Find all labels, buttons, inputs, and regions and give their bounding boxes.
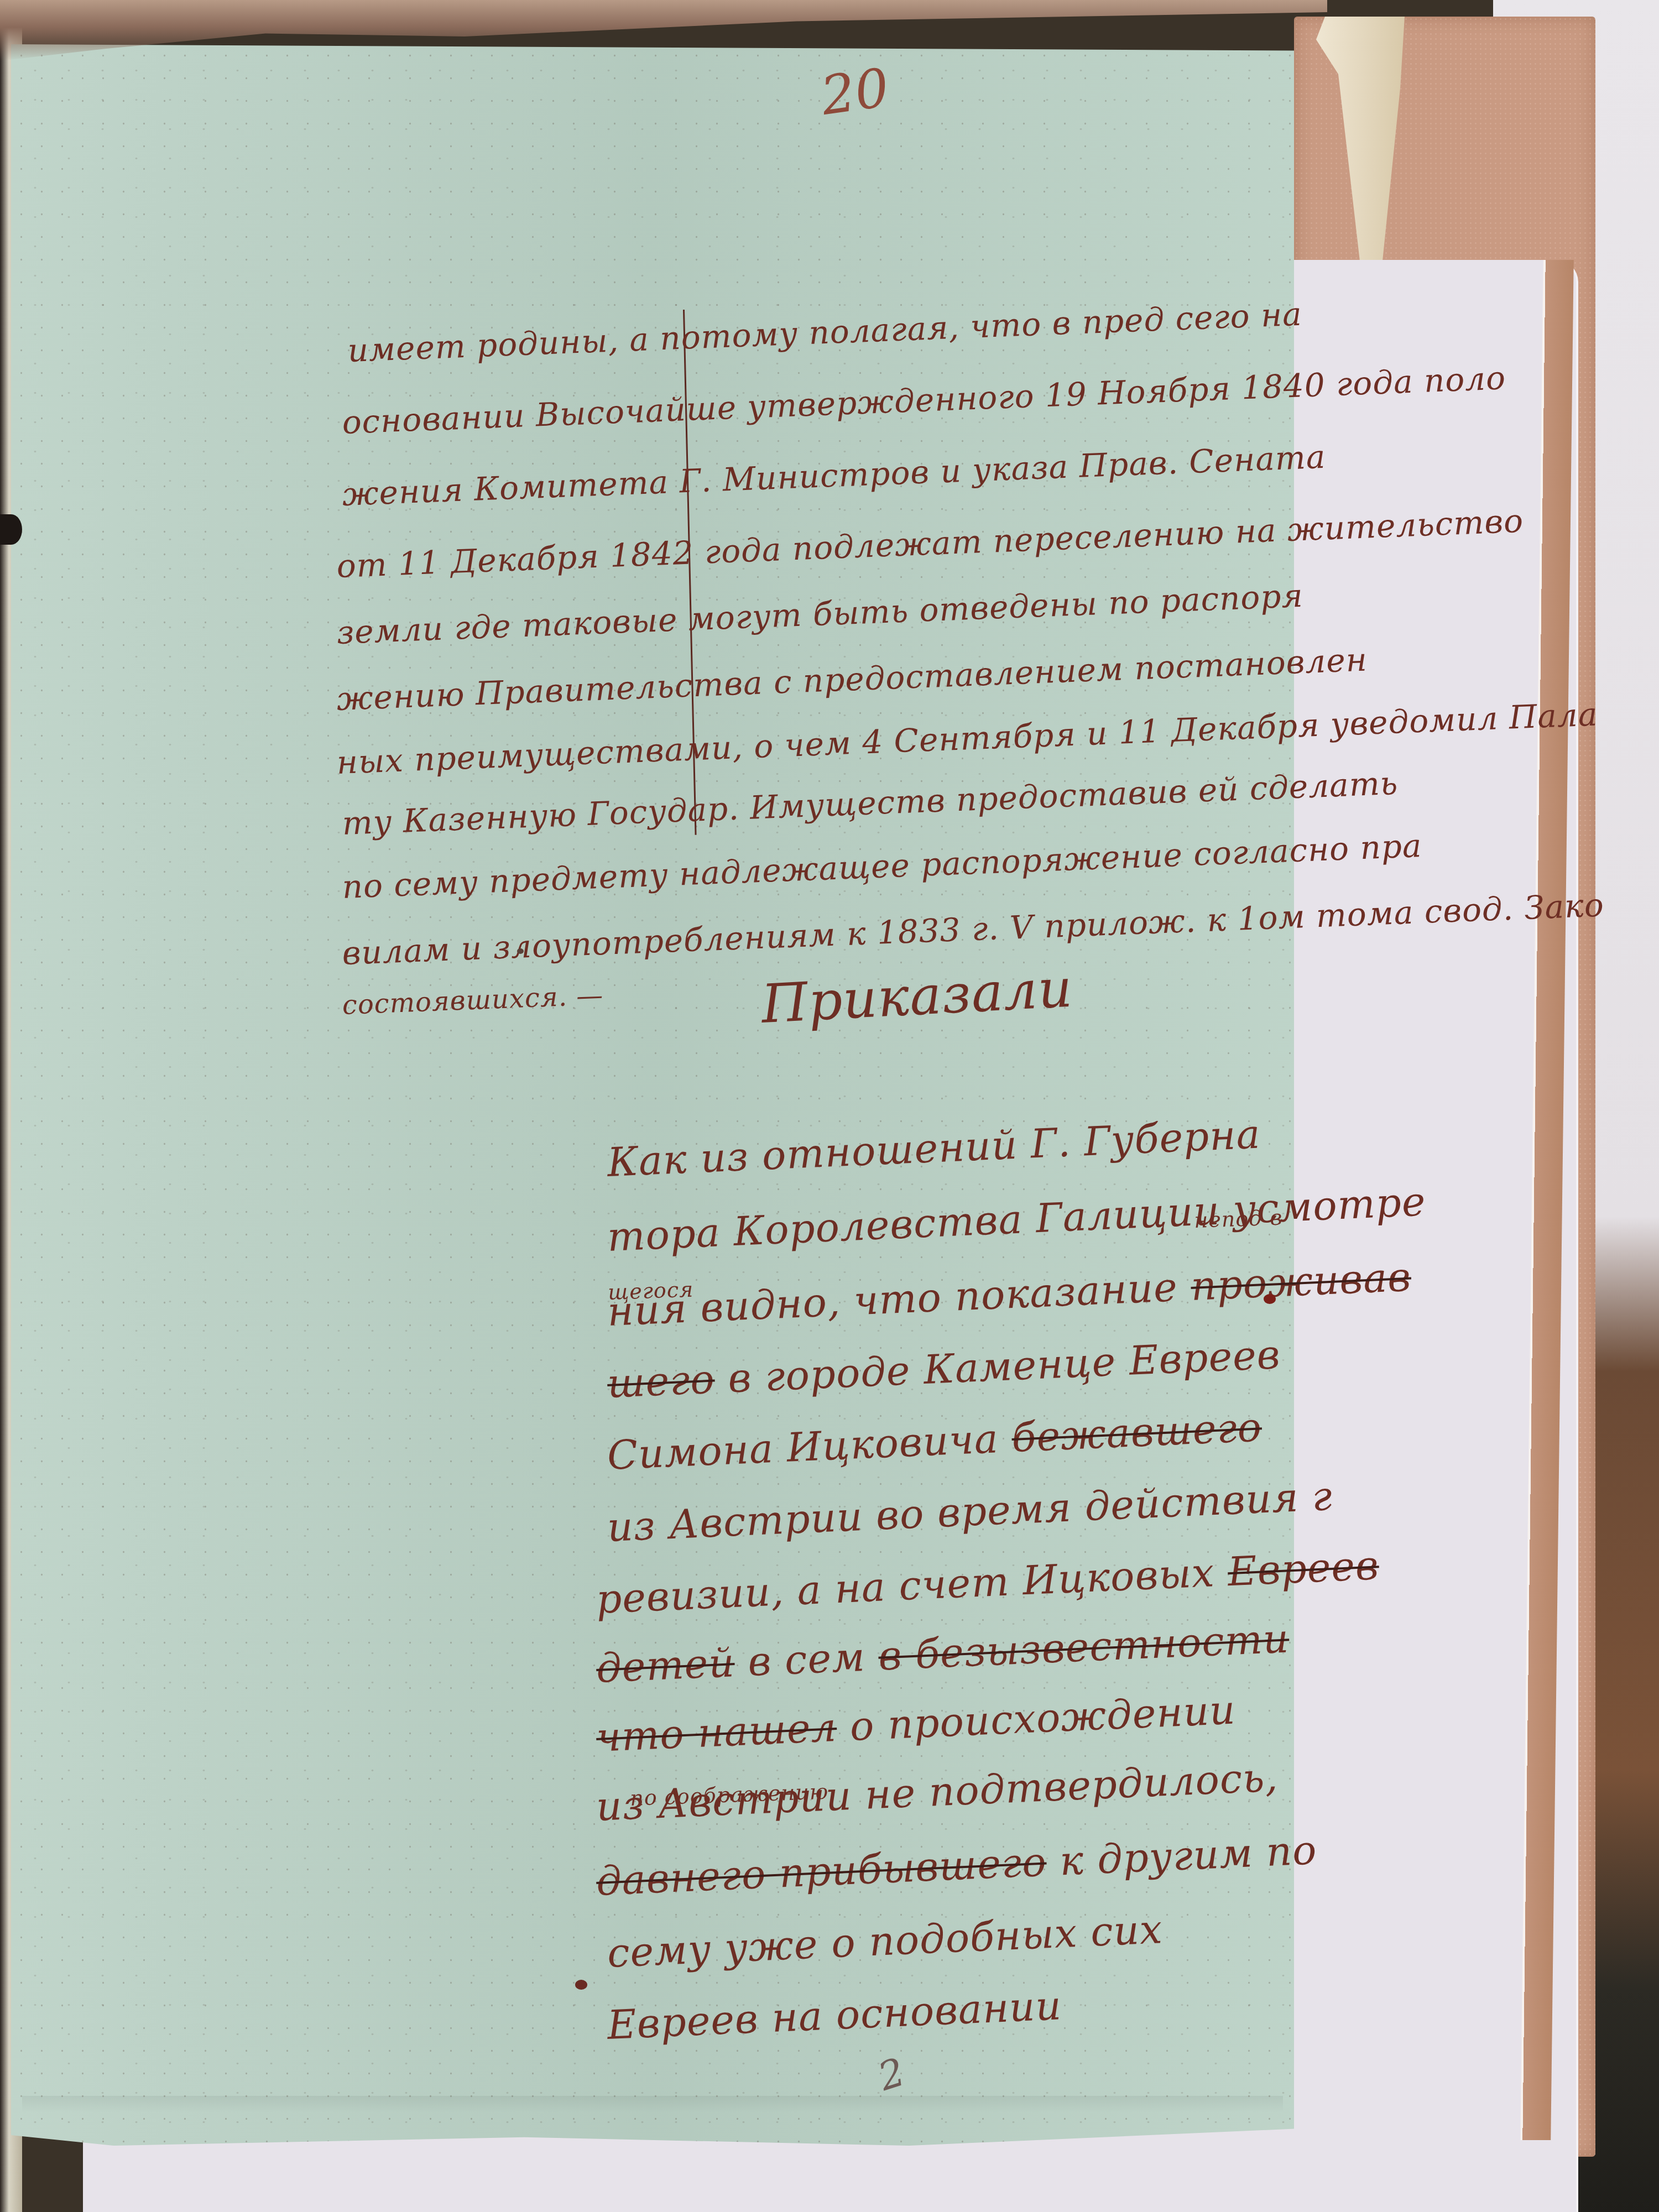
ink-blot [517,948,524,954]
interlinear-correction: непод в [1193,1205,1283,1233]
struck-word: проживав [1190,1254,1412,1310]
ink-blot [575,1980,587,1990]
struck-word: Евреев [1227,1542,1380,1595]
interlinear-correction: щегося [607,1277,694,1305]
edge-tear [0,514,22,545]
page-shadow [22,2096,1283,2112]
ink-blot [1264,1294,1276,1304]
manuscript-leaf [11,44,1294,2146]
struck-word: детей [595,1639,735,1692]
folio-number: 20 [817,56,893,127]
struck-word: шего [606,1356,716,1407]
